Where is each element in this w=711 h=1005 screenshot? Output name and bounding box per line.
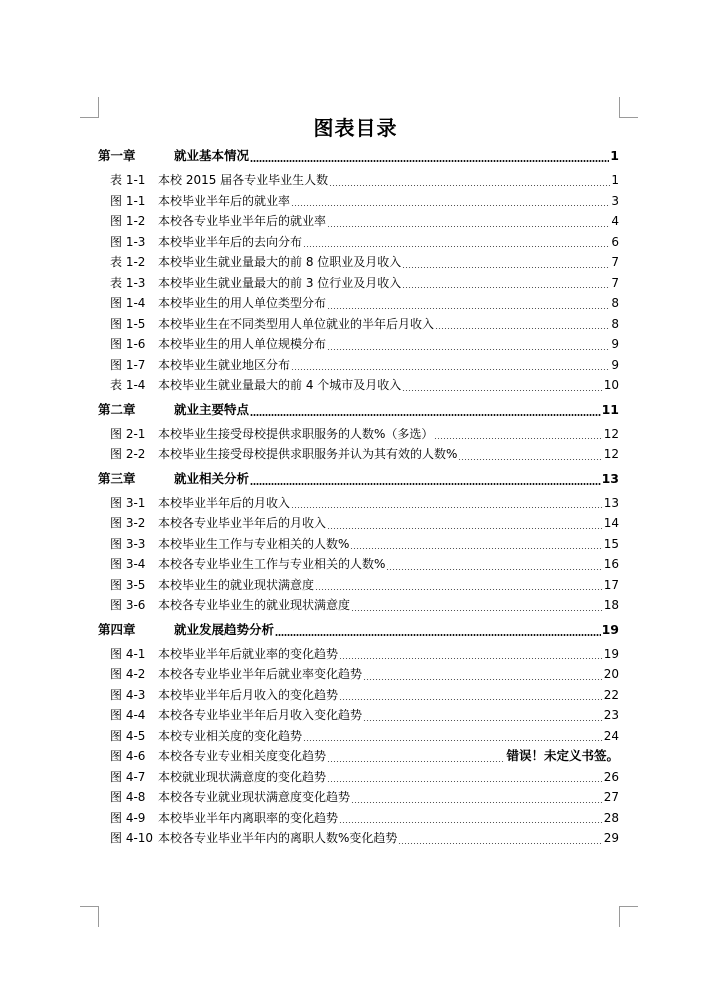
dot-leader	[327, 781, 603, 782]
toc-page-number: 18	[604, 595, 619, 616]
toc-label: 本校毕业生的就业现状满意度	[158, 575, 314, 596]
toc-number: 表 1-1	[110, 170, 158, 191]
dot-leader	[250, 414, 601, 416]
toc-page-number: 9	[611, 355, 619, 376]
dot-leader	[402, 267, 610, 268]
dot-leader	[434, 438, 602, 439]
dot-leader	[250, 160, 609, 162]
page-title: 图表目录	[0, 112, 711, 141]
toc-page-number: 22	[604, 685, 619, 706]
toc-page-number: 1	[610, 145, 619, 167]
toc-number: 图 4-4	[110, 705, 158, 726]
toc-entry-row[interactable]: 图 1-7本校毕业生就业地区分布9	[98, 355, 619, 376]
dot-leader	[402, 390, 602, 391]
toc-label: 本校毕业生的用人单位类型分布	[158, 293, 326, 314]
toc-label: 就业发展趋势分析	[174, 619, 274, 641]
toc-entry-row[interactable]: 图 1-4本校毕业生的用人单位类型分布8	[98, 293, 619, 314]
dot-leader	[398, 843, 602, 844]
dot-leader	[339, 699, 603, 700]
dot-leader	[435, 328, 610, 329]
toc-label: 本校毕业半年后就业率的变化趋势	[158, 644, 338, 665]
toc-page-number: 29	[604, 828, 619, 849]
toc-number: 图 4-6	[110, 746, 158, 767]
toc-number: 表 1-3	[110, 273, 158, 294]
toc-label: 本校毕业生接受母校提供求职服务并认为其有效的人数%	[158, 444, 457, 465]
toc-page-number: 6	[611, 232, 619, 253]
toc-page-number: 13	[602, 468, 619, 490]
toc-number: 图 4-1	[110, 644, 158, 665]
toc-chapter-row[interactable]: 第四章就业发展趋势分析19	[98, 619, 619, 641]
toc-entry-row[interactable]: 表 1-1本校 2015 届各专业毕业生人数1	[98, 170, 619, 191]
toc-label: 本校各专业毕业半年后的就业率	[158, 211, 326, 232]
crop-mark-bottom-right	[619, 906, 638, 927]
toc-page-number: 23	[604, 705, 619, 726]
toc-entry-row[interactable]: 图 4-9本校毕业半年内离职率的变化趋势28	[98, 808, 619, 829]
dot-leader	[339, 658, 603, 659]
toc-page-number: 1	[611, 170, 619, 191]
dot-leader	[250, 483, 601, 485]
toc-label: 本校各专业毕业半年后月收入变化趋势	[158, 705, 362, 726]
toc-number: 图 4-10	[110, 828, 158, 849]
toc-page-number: 13	[604, 493, 619, 514]
toc-number: 图 3-3	[110, 534, 158, 555]
toc-chapter-row[interactable]: 第一章就业基本情况1	[98, 145, 619, 167]
toc-number: 第三章	[98, 468, 174, 490]
toc-number: 图 1-4	[110, 293, 158, 314]
toc-label: 就业基本情况	[174, 145, 249, 167]
toc-number: 图 3-2	[110, 513, 158, 534]
toc-number: 图 4-7	[110, 767, 158, 788]
toc-page-number: 27	[604, 787, 619, 808]
toc-page-number: 3	[611, 191, 619, 212]
toc-entry-row[interactable]: 图 3-2本校各专业毕业半年后的月收入14	[98, 513, 619, 534]
toc-label: 本校毕业生就业量最大的前 4 个城市及月收入	[158, 375, 401, 396]
toc-page-number: 4	[611, 211, 619, 232]
toc-number: 表 1-2	[110, 252, 158, 273]
toc-entry-row[interactable]: 图 1-2本校各专业毕业半年后的就业率4	[98, 211, 619, 232]
toc-page-number: 17	[604, 575, 619, 596]
toc-label: 本校毕业生工作与专业相关的人数%	[158, 534, 349, 555]
toc-label: 本校毕业生接受母校提供求职服务的人数%（多选）	[158, 424, 433, 445]
toc-entry-row[interactable]: 图 1-5本校毕业生在不同类型用人单位就业的半年后月收入8	[98, 314, 619, 335]
toc-number: 图 3-5	[110, 575, 158, 596]
toc-label: 本校毕业半年后的去向分布	[158, 232, 302, 253]
toc-entry-row[interactable]: 图 2-2本校毕业生接受母校提供求职服务并认为其有效的人数%12	[98, 444, 619, 465]
toc-number: 图 3-4	[110, 554, 158, 575]
toc-number: 第四章	[98, 619, 174, 641]
dot-leader	[329, 185, 610, 186]
toc-page-number: 19	[604, 644, 619, 665]
toc-page-number: 14	[604, 513, 619, 534]
toc-number: 图 4-9	[110, 808, 158, 829]
dot-leader	[339, 822, 603, 823]
toc-entry-row[interactable]: 表 1-2本校毕业生就业量最大的前 8 位职业及月收入7	[98, 252, 619, 273]
toc-label: 本校各专业毕业生的就业现状满意度	[158, 595, 350, 616]
dot-leader	[275, 634, 601, 636]
toc-number: 图 1-3	[110, 232, 158, 253]
dot-leader	[291, 369, 610, 370]
toc-number: 图 4-3	[110, 685, 158, 706]
dot-leader	[363, 679, 603, 680]
toc-entry-row[interactable]: 图 3-3本校毕业生工作与专业相关的人数%15	[98, 534, 619, 555]
toc-entry-row[interactable]: 图 4-3本校毕业半年后月收入的变化趋势22	[98, 685, 619, 706]
toc-number: 图 1-7	[110, 355, 158, 376]
toc-label: 本校毕业半年后的月收入	[158, 493, 290, 514]
toc-page-number: 24	[604, 726, 619, 747]
dot-leader	[327, 308, 610, 309]
toc-label: 本校各专业毕业半年后的月收入	[158, 513, 326, 534]
toc-page-number: 20	[604, 664, 619, 685]
toc-page-number: 15	[604, 534, 619, 555]
toc-label: 本校毕业生就业地区分布	[158, 355, 290, 376]
toc-entry-row[interactable]: 图 1-6本校毕业生的用人单位规模分布9	[98, 334, 619, 355]
dot-leader	[327, 226, 610, 227]
toc-number: 图 2-1	[110, 424, 158, 445]
dot-leader	[291, 507, 603, 508]
dot-leader	[363, 720, 603, 721]
toc-number: 图 1-5	[110, 314, 158, 335]
toc-page-number: 7	[611, 252, 619, 273]
toc-label: 本校毕业半年后月收入的变化趋势	[158, 685, 338, 706]
toc-entry-row[interactable]: 图 3-1本校毕业半年后的月收入13	[98, 493, 619, 514]
toc-label: 本校毕业生在不同类型用人单位就业的半年后月收入	[158, 314, 434, 335]
toc-label: 本校各专业就业现状满意度变化趋势	[158, 787, 350, 808]
dot-leader	[291, 205, 610, 206]
toc-entry-row[interactable]: 图 4-2本校各专业毕业半年后就业率变化趋势20	[98, 664, 619, 685]
toc-number: 第二章	[98, 399, 174, 421]
toc-entry-row[interactable]: 图 4-8本校各专业就业现状满意度变化趋势27	[98, 787, 619, 808]
toc-number: 表 1-4	[110, 375, 158, 396]
toc-number: 图 1-6	[110, 334, 158, 355]
toc-page-number: 8	[611, 293, 619, 314]
toc-label: 本校各专业毕业半年内的离职人数%变化趋势	[158, 828, 397, 849]
dot-leader	[386, 569, 602, 570]
toc-page-number: 12	[604, 424, 619, 445]
crop-mark-bottom-left	[80, 906, 99, 927]
toc-page-number: 28	[604, 808, 619, 829]
toc-number: 图 4-8	[110, 787, 158, 808]
toc-label: 本校毕业生就业量最大的前 8 位职业及月收入	[158, 252, 401, 273]
bookmark-error-text: 错误！未定义书签。	[506, 746, 619, 767]
dot-leader	[303, 740, 603, 741]
toc-page-number: 12	[604, 444, 619, 465]
toc-number: 图 1-1	[110, 191, 158, 212]
toc-label: 本校各专业专业相关度变化趋势	[158, 746, 326, 767]
toc-page-number: 10	[604, 375, 619, 396]
toc-label: 本校毕业生就业量最大的前 3 位行业及月收入	[158, 273, 401, 294]
toc-page-number: 11	[602, 399, 619, 421]
dot-leader	[327, 528, 603, 529]
toc-label: 本校毕业半年后的就业率	[158, 191, 290, 212]
toc-chapter-row[interactable]: 第二章就业主要特点11	[98, 399, 619, 421]
toc-label: 本校 2015 届各专业毕业生人数	[158, 170, 328, 191]
toc-entry-row[interactable]: 图 4-10本校各专业毕业半年内的离职人数%变化趋势29	[98, 828, 619, 849]
toc-entry-row[interactable]: 图 4-1本校毕业半年后就业率的变化趋势19	[98, 644, 619, 665]
dot-leader	[327, 349, 610, 350]
toc-entry-row[interactable]: 图 4-6本校各专业专业相关度变化趋势错误！未定义书签。	[98, 746, 619, 767]
toc-entry-row[interactable]: 图 1-3本校毕业半年后的去向分布6	[98, 232, 619, 253]
toc-number: 图 4-5	[110, 726, 158, 747]
toc-number: 图 1-2	[110, 211, 158, 232]
toc-label: 本校各专业毕业半年后就业率变化趋势	[158, 664, 362, 685]
dot-leader	[351, 802, 603, 803]
toc-page-number: 9	[611, 334, 619, 355]
toc-number: 图 4-2	[110, 664, 158, 685]
toc-page-number: 19	[602, 619, 619, 641]
toc-page-number: 8	[611, 314, 619, 335]
toc-entry-row[interactable]: 图 3-4本校各专业毕业生工作与专业相关的人数%16	[98, 554, 619, 575]
toc-page-number: 26	[604, 767, 619, 788]
toc-entry-row[interactable]: 图 3-5本校毕业生的就业现状满意度17	[98, 575, 619, 596]
toc-number: 图 3-6	[110, 595, 158, 616]
dot-leader	[350, 548, 602, 549]
dot-leader	[315, 589, 603, 590]
toc-number: 图 2-2	[110, 444, 158, 465]
toc-page-number: 7	[611, 273, 619, 294]
toc-label: 本校毕业半年内离职率的变化趋势	[158, 808, 338, 829]
toc-label: 就业相关分析	[174, 468, 249, 490]
toc-chapter-row[interactable]: 第三章就业相关分析13	[98, 468, 619, 490]
toc-entry-row[interactable]: 表 1-4本校毕业生就业量最大的前 4 个城市及月收入10	[98, 375, 619, 396]
toc-entry-row[interactable]: 图 1-1本校毕业半年后的就业率3	[98, 191, 619, 212]
toc-label: 本校就业现状满意度的变化趋势	[158, 767, 326, 788]
toc-label: 就业主要特点	[174, 399, 249, 421]
toc-label: 本校各专业毕业生工作与专业相关的人数%	[158, 554, 385, 575]
toc-number: 图 3-1	[110, 493, 158, 514]
toc-page-number: 16	[604, 554, 619, 575]
dot-leader	[351, 610, 603, 611]
dot-leader	[327, 761, 505, 762]
toc-entry-row[interactable]: 图 3-6本校各专业毕业生的就业现状满意度18	[98, 595, 619, 616]
table-of-figures: 第一章就业基本情况1表 1-1本校 2015 届各专业毕业生人数1图 1-1本校…	[98, 145, 619, 849]
toc-entry-row[interactable]: 表 1-3本校毕业生就业量最大的前 3 位行业及月收入7	[98, 273, 619, 294]
dot-leader	[402, 287, 610, 288]
toc-entry-row[interactable]: 图 4-4本校各专业毕业半年后月收入变化趋势23	[98, 705, 619, 726]
dot-leader	[458, 459, 602, 460]
toc-entry-row[interactable]: 图 4-5本校专业相关度的变化趋势24	[98, 726, 619, 747]
toc-number: 第一章	[98, 145, 174, 167]
toc-entry-row[interactable]: 图 4-7本校就业现状满意度的变化趋势26	[98, 767, 619, 788]
dot-leader	[303, 246, 610, 247]
document-page: 图表目录 第一章就业基本情况1表 1-1本校 2015 届各专业毕业生人数1图 …	[0, 0, 711, 1005]
toc-label: 本校毕业生的用人单位规模分布	[158, 334, 326, 355]
toc-label: 本校专业相关度的变化趋势	[158, 726, 302, 747]
toc-entry-row[interactable]: 图 2-1本校毕业生接受母校提供求职服务的人数%（多选）12	[98, 424, 619, 445]
